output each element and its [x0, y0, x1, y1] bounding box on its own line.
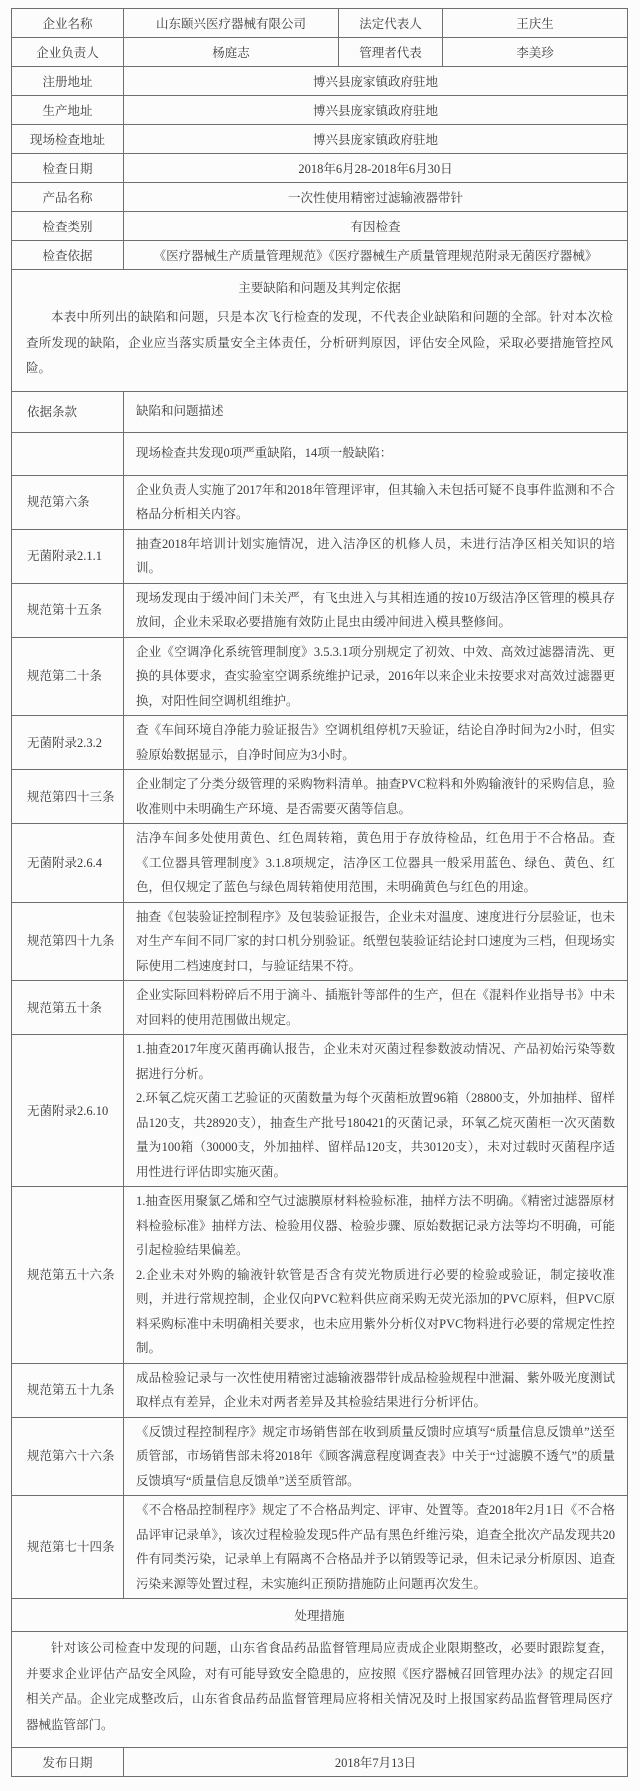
measures-paragraph: 针对该公司检查中发现的问题，山东省食品药品监督管理局应责成企业限期整改，必要时跟…	[26, 1636, 613, 1738]
defect-description: 《反馈过程控制程序》规定市场销售部在收到质量反馈时应填写“质量信息反馈单”送至质…	[124, 1417, 628, 1496]
info-row: 检查日期2018年6月28-2018年6月30日	[12, 154, 628, 183]
defect-clause: 无菌附录2.3.2	[12, 716, 124, 770]
defect-description: 企业《空调净化系统管理制度》3.5.3.1项分别规定了初效、中效、高效过滤器清洗…	[124, 637, 628, 716]
info-row: 现场检查地址博兴县庞家镇政府驻地	[12, 125, 628, 154]
defects-section-head: 主要缺陷和问题及其判定依据 本表中所列出的缺陷和问题，只是本次飞行检查的发现，不…	[12, 270, 628, 476]
info-field-label: 检查依据	[12, 241, 124, 270]
defects-intro-paragraph: 本表中所列出的缺陷和问题，只是本次飞行检查的发现，不代表企业缺陷和问题的全部。针…	[26, 305, 613, 382]
defect-description: 抽查2018年培训计划实施情况，进入洁净区的机修人员，未进行洁净区相关知识的培训…	[124, 529, 628, 583]
info-field-label: 检查日期	[12, 154, 124, 183]
defect-description: 《不合格品控制程序》规定了不合格品判定、评审、处置等。查2018年2月1日《不合…	[124, 1496, 628, 1599]
info-field-value: 博兴县庞家镇政府驻地	[124, 67, 628, 96]
defect-description: 成品检验记录与一次性使用精密过滤输液器带针成品检验规程中泄漏、紫外吸光度测试取样…	[124, 1363, 628, 1417]
defect-description: 洁净车间多处使用黄色、红色周转箱，黄色用于存放待检品，红色用于不合格品。查《工位…	[124, 824, 628, 903]
info-row: 注册地址博兴县庞家镇政府驻地	[12, 67, 628, 96]
inspection-report-page: 企业名称山东颐兴医疗器械有限公司法定代表人王庆生企业负责人杨庭志管理者代表李美珍…	[0, 0, 640, 1791]
measures-section: 处理措施 针对该公司检查中发现的问题，山东省食品药品监督管理局应责成企业限期整改…	[12, 1599, 628, 1748]
info-field-label: 企业名称	[12, 9, 124, 38]
defect-description: 企业制定了分类分级管理的采购物料清单。抽查PVC粒料和外购输液针的采购信息，验收…	[124, 770, 628, 824]
info-row: 检查依据《医疗器械生产质量管理规范》《医疗器械生产质量管理规范附录无菌医疗器械》	[12, 241, 628, 270]
defect-row: 规范第五十条企业实际回料粉碎后不用于滴斗、插瓶针等部件的生产，但在《混料作业指导…	[12, 981, 628, 1035]
defect-row: 规范第四十九条抽查《包装验证控制程序》及包装验证报告，企业未对温度、速度进行分层…	[12, 902, 628, 981]
info-field-value: 一次性使用精密过滤输液器带针	[124, 183, 628, 212]
defects-section-title: 主要缺陷和问题及其判定依据	[26, 275, 613, 301]
info-field-label: 生产地址	[12, 96, 124, 125]
release-date-label: 发布日期	[12, 1748, 124, 1777]
defect-row: 无菌附录2.6.4洁净车间多处使用黄色、红色周转箱，黄色用于存放待检品，红色用于…	[12, 824, 628, 903]
release-date-value: 2018年7月13日	[124, 1748, 628, 1777]
defect-row: 规范第二十条企业《空调净化系统管理制度》3.5.3.1项分别规定了初效、中效、高…	[12, 637, 628, 716]
defect-clause: 规范第四十三条	[12, 770, 124, 824]
info-field-label: 注册地址	[12, 67, 124, 96]
defect-row: 规范第五十六条1.抽查医用聚氯乙烯和空气过滤膜原材料检验标准，抽样方法不明确。《…	[12, 1187, 628, 1364]
defect-clause: 规范第四十九条	[12, 902, 124, 981]
description-column-header: 缺陷和问题描述	[124, 391, 628, 432]
defect-row: 无菌附录2.3.2查《车间环境自净能力验证报告》空调机组停机7天验证，结论自净时…	[12, 716, 628, 770]
defect-rows: 规范第六条企业负责人实施了2017年和2018年管理评审，但其输入未包括可疑不良…	[12, 475, 628, 1599]
defects-intro-cell: 主要缺陷和问题及其判定依据 本表中所列出的缺陷和问题，只是本次飞行检查的发现，不…	[12, 270, 628, 392]
defects-summary-row: 现场检查共发现0项严重缺陷，14项一般缺陷：	[12, 432, 628, 475]
defect-row: 规范第四十三条企业制定了分类分级管理的采购物料清单。抽查PVC粒料和外购输液针的…	[12, 770, 628, 824]
release-date-row: 发布日期 2018年7月13日	[12, 1748, 628, 1777]
info-row: 检查类别有因检查	[12, 212, 628, 241]
info-field-value: 山东颐兴医疗器械有限公司	[124, 9, 339, 38]
defect-description: 现场发现由于缓冲间门未关严，有飞虫进入与其相连通的按10万级洁净区管理的模具存放…	[124, 583, 628, 637]
defect-clause: 无菌附录2.1.1	[12, 529, 124, 583]
info-row: 生产地址博兴县庞家镇政府驻地	[12, 96, 628, 125]
defect-clause: 规范第十五条	[12, 583, 124, 637]
defect-clause: 规范第五十条	[12, 981, 124, 1035]
info-row: 产品名称一次性使用精密过滤输液器带针	[12, 183, 628, 212]
defects-header-row: 依据条款 缺陷和问题描述	[12, 391, 628, 432]
info-field-value: 王庆生	[443, 9, 628, 38]
defect-row: 规范第五十九条成品检验记录与一次性使用精密过滤输液器带针成品检验规程中泄漏、紫外…	[12, 1363, 628, 1417]
info-field-label: 现场检查地址	[12, 125, 124, 154]
defect-clause: 无菌附录2.6.10	[12, 1035, 124, 1187]
info-field-label: 企业负责人	[12, 38, 124, 67]
measures-section-title: 处理措施	[12, 1599, 628, 1632]
defect-row: 无菌附录2.6.101.抽查2017年度灭菌再确认报告，企业未对灭菌过程参数波动…	[12, 1035, 628, 1187]
info-field-value: 李美珍	[443, 38, 628, 67]
defect-row: 规范第七十四条《不合格品控制程序》规定了不合格品判定、评审、处置等。查2018年…	[12, 1496, 628, 1599]
release-section: 发布日期 2018年7月13日	[12, 1748, 628, 1777]
clause-column-header: 依据条款	[12, 391, 124, 432]
defect-clause: 规范第五十九条	[12, 1363, 124, 1417]
info-row: 企业名称山东颐兴医疗器械有限公司法定代表人王庆生	[12, 9, 628, 38]
info-field-value: 《医疗器械生产质量管理规范》《医疗器械生产质量管理规范附录无菌医疗器械》	[124, 241, 628, 270]
defects-intro-row: 主要缺陷和问题及其判定依据 本表中所列出的缺陷和问题，只是本次飞行检查的发现，不…	[12, 270, 628, 392]
measures-content-row: 针对该公司检查中发现的问题，山东省食品药品监督管理局应责成企业限期整改，必要时跟…	[12, 1632, 628, 1748]
defect-row: 规范第十五条现场发现由于缓冲间门未关严，有飞虫进入与其相连通的按10万级洁净区管…	[12, 583, 628, 637]
defect-description: 1.抽查医用聚氯乙烯和空气过滤膜原材料检验标准，抽样方法不明确。《精密过滤器原材…	[124, 1187, 628, 1364]
company-info-full-rows: 注册地址博兴县庞家镇政府驻地生产地址博兴县庞家镇政府驻地现场检查地址博兴县庞家镇…	[12, 67, 628, 270]
empty-clause-cell	[12, 432, 124, 475]
defect-clause: 规范第六条	[12, 475, 124, 529]
defect-row: 规范第六条企业负责人实施了2017年和2018年管理评审，但其输入未包括可疑不良…	[12, 475, 628, 529]
inspection-report-table: 企业名称山东颐兴医疗器械有限公司法定代表人王庆生企业负责人杨庭志管理者代表李美珍…	[11, 8, 628, 1777]
info-field-value: 杨庭志	[124, 38, 339, 67]
info-field-value: 博兴县庞家镇政府驻地	[124, 96, 628, 125]
info-field-value: 2018年6月28-2018年6月30日	[124, 154, 628, 183]
defects-summary-text: 现场检查共发现0项严重缺陷，14项一般缺陷：	[124, 432, 628, 475]
info-field-value: 有因检查	[124, 212, 628, 241]
defect-clause: 规范第七十四条	[12, 1496, 124, 1599]
defect-clause: 无菌附录2.6.4	[12, 824, 124, 903]
defect-description: 查《车间环境自净能力验证报告》空调机组停机7天验证，结论自净时间为2小时，但实验…	[124, 716, 628, 770]
defect-description: 企业负责人实施了2017年和2018年管理评审，但其输入未包括可疑不良事件监测和…	[124, 475, 628, 529]
measures-cell: 针对该公司检查中发现的问题，山东省食品药品监督管理局应责成企业限期整改，必要时跟…	[12, 1632, 628, 1748]
info-field-label: 检查类别	[12, 212, 124, 241]
info-field-label: 管理者代表	[339, 38, 443, 67]
defect-row: 规范第六十六条《反馈过程控制程序》规定市场销售部在收到质量反馈时应填写“质量信息…	[12, 1417, 628, 1496]
info-field-label: 产品名称	[12, 183, 124, 212]
defect-clause: 规范第六十六条	[12, 1417, 124, 1496]
defect-row: 无菌附录2.1.1抽查2018年培训计划实施情况，进入洁净区的机修人员，未进行洁…	[12, 529, 628, 583]
info-row: 企业负责人杨庭志管理者代表李美珍	[12, 38, 628, 67]
measures-title-row: 处理措施	[12, 1599, 628, 1632]
defect-description: 企业实际回料粉碎后不用于滴斗、插瓶针等部件的生产，但在《混料作业指导书》中未对回…	[124, 981, 628, 1035]
defect-clause: 规范第二十条	[12, 637, 124, 716]
company-info-pair-rows: 企业名称山东颐兴医疗器械有限公司法定代表人王庆生企业负责人杨庭志管理者代表李美珍	[12, 9, 628, 67]
defect-description: 抽查《包装验证控制程序》及包装验证报告，企业未对温度、速度进行分层验证，也未对生…	[124, 902, 628, 981]
defect-description: 1.抽查2017年度灭菌再确认报告，企业未对灭菌过程参数波动情况、产品初始污染等…	[124, 1035, 628, 1187]
info-field-value: 博兴县庞家镇政府驻地	[124, 125, 628, 154]
info-field-label: 法定代表人	[339, 9, 443, 38]
defect-clause: 规范第五十六条	[12, 1187, 124, 1364]
